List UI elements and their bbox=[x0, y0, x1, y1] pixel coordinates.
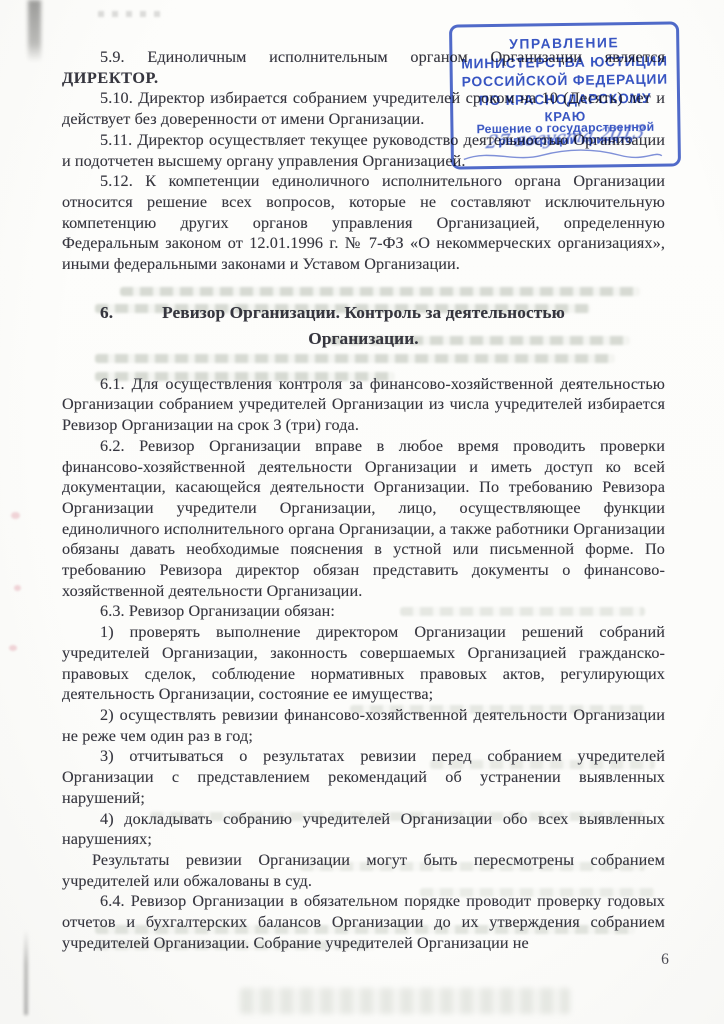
scan-smudge bbox=[11, 512, 20, 519]
clause-6-3-results: Результаты ревизии Организации могут быт… bbox=[62, 850, 665, 891]
scan-smudge bbox=[98, 11, 168, 17]
clause-6-3-item-3: 3) отчитываться о результатах ревизии пе… bbox=[62, 746, 665, 808]
section-6-title-line1: Ревизор Организации. Контроль за деятель… bbox=[62, 300, 665, 326]
clause-6-3: 6.3. Ревизор Организации обязан: bbox=[62, 601, 665, 622]
document-body: 5.9. Единоличным исполнительным органом … bbox=[62, 47, 665, 953]
section-6-heading: 6. Ревизор Организации. Контроль за деят… bbox=[62, 300, 665, 352]
clause-6-4: 6.4. Ревизор Организации в обязательном … bbox=[62, 891, 665, 953]
page-number: 6 bbox=[650, 951, 680, 969]
scan-corner-shadow bbox=[28, 0, 41, 62]
section-6-number: 6. bbox=[100, 300, 113, 326]
clause-6-3-item-2: 2) осуществлять ревизии финансово-хозяйс… bbox=[62, 705, 665, 746]
bleedthrough-text bbox=[240, 988, 570, 1014]
clause-6-1: 6.1. Для осуществления контроля за финан… bbox=[62, 374, 665, 436]
justice-ministry-stamp: УПРАВЛЕНИЕ МИНИСТЕРСТВА ЮСТИЦИИ РОССИЙСК… bbox=[449, 21, 681, 169]
clause-6-3-item-4: 4) докладывать собранию учредителей Орга… bbox=[62, 809, 665, 850]
stamp-line-krasnodar: ПО КРАСНОДАРСКОМУ bbox=[453, 89, 677, 111]
handwriting-flourish-stroke bbox=[460, 145, 666, 166]
clause-6-3-item-1: 1) проверять выполнение директором Орган… bbox=[62, 622, 665, 705]
section-6-title-line2: Организации. bbox=[62, 326, 665, 352]
clause-5-12: 5.12. К компетенции единоличного исполни… bbox=[62, 171, 665, 275]
scan-smudge bbox=[9, 645, 17, 651]
scan-smudge bbox=[14, 585, 21, 591]
clause-5-9-director: ДИРЕКТОР. bbox=[62, 69, 159, 87]
scanned-charter-page: 5.9. Единоличным исполнительным органом … bbox=[0, 0, 724, 1024]
clause-6-2: 6.2. Ревизор Организации вправе в любое … bbox=[62, 436, 665, 602]
scan-edge-shadow bbox=[24, 930, 28, 1015]
